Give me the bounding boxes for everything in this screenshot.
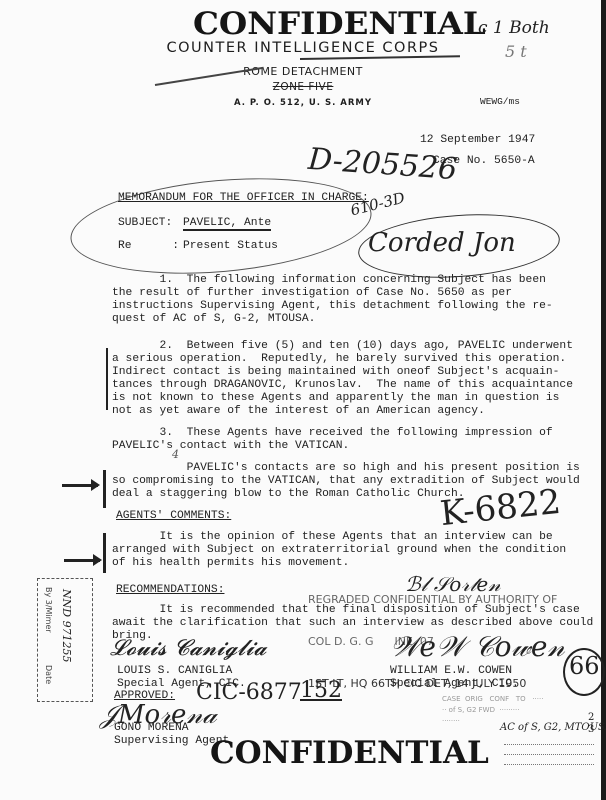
paragraph-line: arranged with Subject on extraterritoria… (112, 544, 566, 556)
fraction-top: 2 (588, 712, 594, 723)
margin-bar (103, 533, 106, 573)
paragraph-line: not as yet aware of the interest of an A… (112, 405, 485, 417)
handwritten-page-number: 152 (300, 678, 342, 703)
declass-by: By 3/Mimer (44, 587, 53, 633)
paragraph-line: await the clarification that such an int… (112, 617, 593, 629)
recommendations-heading: RECOMMENDATIONS: (116, 584, 224, 596)
handwritten-circled-note: Corded Jon (368, 228, 516, 258)
subject-value: PAVELIC, Ante (183, 217, 271, 231)
paragraph-line: instructions Supervising Agent, this det… (112, 300, 553, 312)
paragraph-line: quest of AC of S, G-2, MTOUSA. (112, 313, 315, 325)
confidential-stamp-top: CONFIDENTIAL (193, 6, 486, 42)
handwritten-note-top-right-2: 5 t (505, 42, 527, 61)
paragraph-line: It is the opinion of these Agents that a… (112, 531, 553, 543)
subject-label: SUBJECT: (118, 217, 172, 229)
handwritten-file-number: D-205526 (307, 142, 458, 187)
re-value: Present Status (183, 240, 278, 252)
circled-page-number: 66 (569, 652, 600, 680)
right-signer-name: WILLIAM E.W. COWEN (390, 665, 512, 677)
paragraph-line: 3. These Agents have received the follow… (112, 427, 553, 439)
approver-name: GONO MORENA (114, 722, 189, 734)
right-signer-title: Special Agent, CIC. (390, 678, 519, 690)
margin-bar (103, 470, 106, 508)
handwritten-paragraph-mark: 4 (172, 448, 179, 461)
margin-mark (106, 348, 108, 410)
paragraph-line: 2. Between five (5) and ten (10) days ag… (112, 340, 573, 352)
margin-arrow (62, 484, 98, 487)
paragraph-line: a serious operation. Reputedly, he barel… (112, 353, 566, 365)
paragraph-line: the result of further investigation of C… (112, 287, 512, 299)
paragraph-line: PAVELIC's contact with the VATICAN. (112, 440, 349, 452)
dotted-line (504, 754, 594, 755)
right-signature: 𝒲𝑒𝒲 𝒞𝑜𝓌𝑒𝓃 (390, 630, 565, 664)
memo-addressee: MEMORANDUM FOR THE OFFICER IN CHARGE: (118, 192, 369, 204)
declassification-box: NND 971255 By 3/Mimer Date (37, 578, 93, 702)
reference-initials: WEWG/ms (480, 96, 520, 107)
dotted-line (504, 744, 594, 745)
detachment-name: ROME DETACHMENT (0, 65, 606, 78)
declass-date: Date (44, 665, 53, 684)
paragraph-line: tances through DRAGANOVIC, Krunoslav. Th… (112, 379, 573, 391)
paragraph-line: so compromising to the VATICAN, that any… (112, 475, 580, 487)
paragraph-line: deal a staggering blow to the Roman Cath… (112, 488, 465, 500)
dotted-line (504, 764, 594, 765)
zone-name: ZONE FIVE (0, 81, 606, 93)
margin-arrow (64, 559, 100, 562)
declass-number: NND 971255 (60, 589, 73, 663)
regrade-signature: ℬ𝓁 𝒮𝑜𝓇𝓉𝑒𝓃 (405, 572, 501, 596)
left-signer-name: LOUIS S. CANIGLIA (117, 665, 232, 677)
paragraph-line: 1. The following information concerning … (112, 274, 546, 286)
left-signature: 𝓛𝓸𝓾𝓲𝓼 𝓒𝓪𝓷𝓲𝓰𝓵𝓲𝓪 (110, 636, 267, 661)
handwritten-note-top-right: c 1 Both (478, 18, 550, 38)
confidential-stamp-bottom: CONFIDENTIAL (210, 735, 489, 771)
paragraph-line: is not known to these Agents and apparen… (112, 392, 559, 404)
paragraph-line: Indirect contact is being maintained wit… (112, 366, 559, 378)
agents-comments-heading: AGENTS' COMMENTS: (116, 510, 231, 522)
document-date: 12 September 1947 (420, 134, 535, 146)
fraction-bottom: 3 (588, 724, 594, 735)
paragraph-line: PAVELIC's contacts are so high and his p… (112, 462, 580, 474)
re-label: Re : (118, 240, 179, 252)
paragraph-line: It is recommended that the final disposi… (112, 604, 580, 616)
